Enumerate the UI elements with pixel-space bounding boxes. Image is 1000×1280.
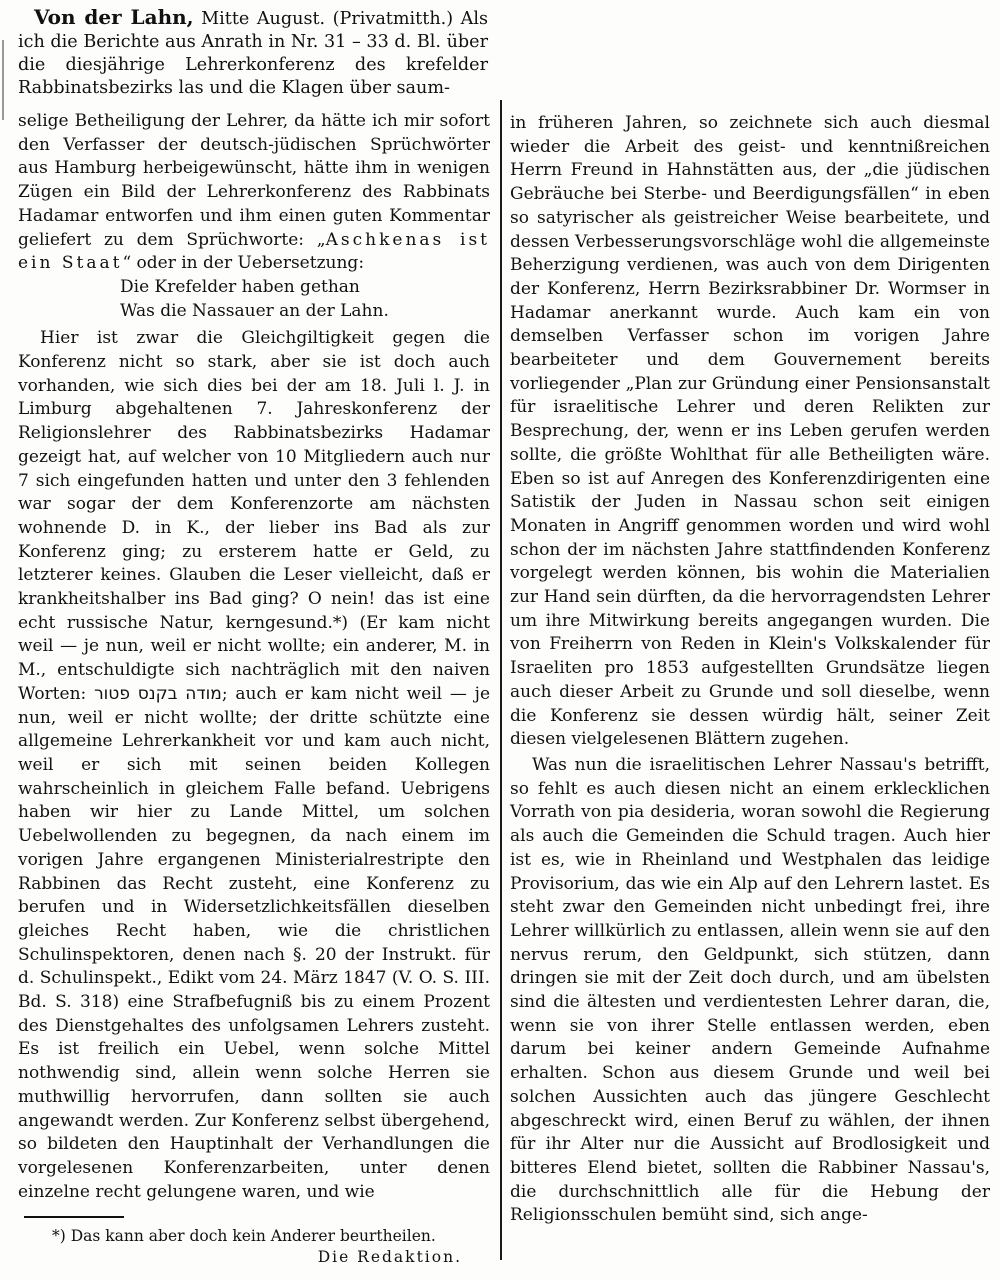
paragraph-text: ; auch er kam nicht weil — je nun, weil …: [18, 684, 490, 1202]
hebrew-quote: מודה בקנס פטור: [94, 684, 222, 704]
footnote-rule: [24, 1216, 124, 1218]
article-header: Von der Lahn, Mitte August. (Privatmitth…: [18, 6, 488, 100]
column-divider: [500, 100, 502, 1260]
scan-edge-mark: [2, 40, 4, 120]
newspaper-page: Von der Lahn, Mitte August. (Privatmitth…: [0, 0, 1000, 1280]
paragraph-text: “ oder in der Uebersetzung:: [122, 253, 364, 273]
paragraph-text: Hier ist zwar die Gleichgiltigkeit gegen…: [18, 328, 490, 704]
paragraph: in früheren Jahren, so zeichnete sich au…: [510, 112, 990, 752]
left-column: selige Betheiligung der Lehrer, da hätte…: [18, 110, 490, 1268]
footnote-signature: Die Redaktion.: [18, 1247, 490, 1268]
footnote: *) Das kann aber doch kein Anderer beurt…: [18, 1226, 490, 1247]
verse-line: Die Krefelder haben gethan: [18, 276, 490, 300]
editor-signature: Die Redaktion.: [318, 1248, 462, 1266]
dateline: Mitte August. (Privatmitth.): [201, 9, 453, 29]
article-title: Von der Lahn,: [34, 5, 194, 29]
paragraph: Hier ist zwar die Gleichgiltigkeit gegen…: [18, 327, 490, 1204]
right-column: in früheren Jahren, so zeichnete sich au…: [510, 112, 990, 1228]
article-intro: Von der Lahn, Mitte August. (Privatmitth…: [18, 6, 488, 100]
verse-line: Was die Nassauer an der Lahn.: [18, 300, 490, 324]
paragraph: selige Betheiligung der Lehrer, da hätte…: [18, 110, 490, 276]
paragraph: Was nun die israelitischen Lehrer Nassau…: [510, 754, 990, 1228]
